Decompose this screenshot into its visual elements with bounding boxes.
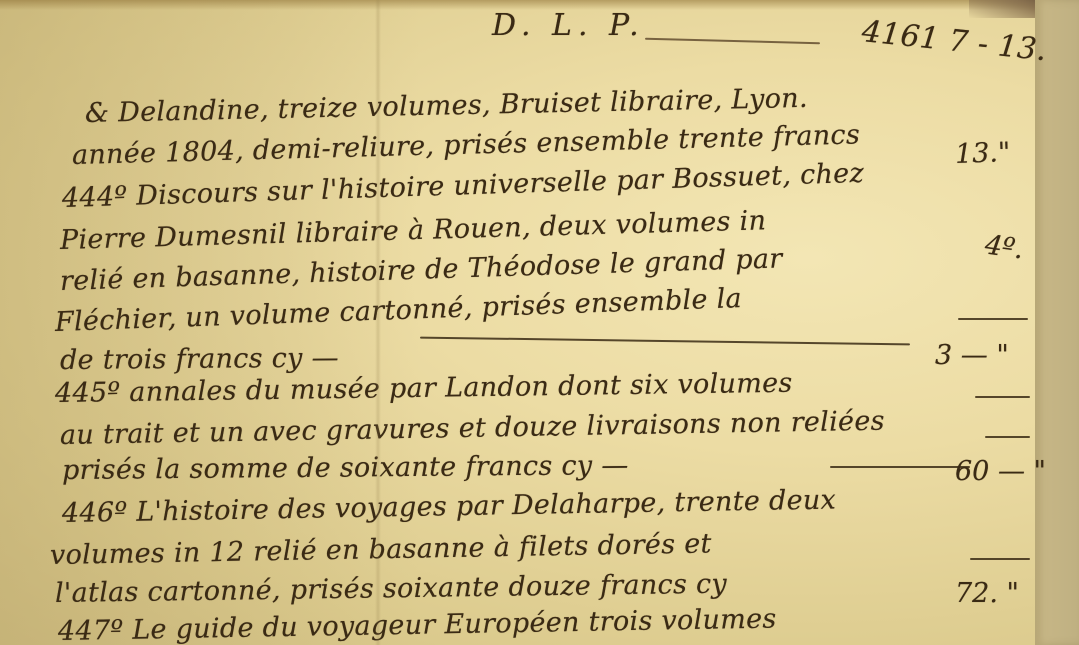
line-10-amount: 60 — " [955,456,1046,487]
line-2-amount: 13." [954,137,1010,170]
manuscript-line-1: & Delandine, treize volumes, Bruiset lib… [85,83,808,129]
manuscript-line-10: prisés la somme de soixante francs cy — [62,450,629,486]
line-7-amount: 3 — " [935,340,1009,371]
line-7-filler-dash [420,337,910,346]
line-6-filler-dash [958,318,1028,320]
book-gutter [1035,0,1079,645]
line-8-filler-dash [975,396,1030,398]
header-reference-number: 4161 7 - 13. [860,14,1048,68]
line-10-filler-dash [830,466,970,468]
manuscript-line-11: 446º L'histoire des voyages par Delaharp… [62,484,837,529]
line-12-filler-dash [970,558,1030,560]
manuscript-page: D. L. P. 4161 7 - 13. & Delandine, treiz… [0,0,1079,645]
line-13-amount: 72. " [955,578,1019,609]
line-9-filler-dash [985,436,1030,438]
manuscript-line-13: l'atlas cartonné, prisés soixante douze … [55,569,727,609]
header-initials: D. L. P. [492,8,645,43]
line-4-amount: 4º. [983,229,1025,265]
manuscript-line-9: au trait et un avec gravures et douze li… [60,406,885,451]
header-flourish-line [645,38,820,45]
manuscript-line-12: volumes in 12 relié en basanne à filets … [50,528,712,571]
manuscript-line-14: 447º Le guide du voyageur Européen trois… [58,603,777,645]
manuscript-line-7: de trois francs cy — [60,343,339,376]
